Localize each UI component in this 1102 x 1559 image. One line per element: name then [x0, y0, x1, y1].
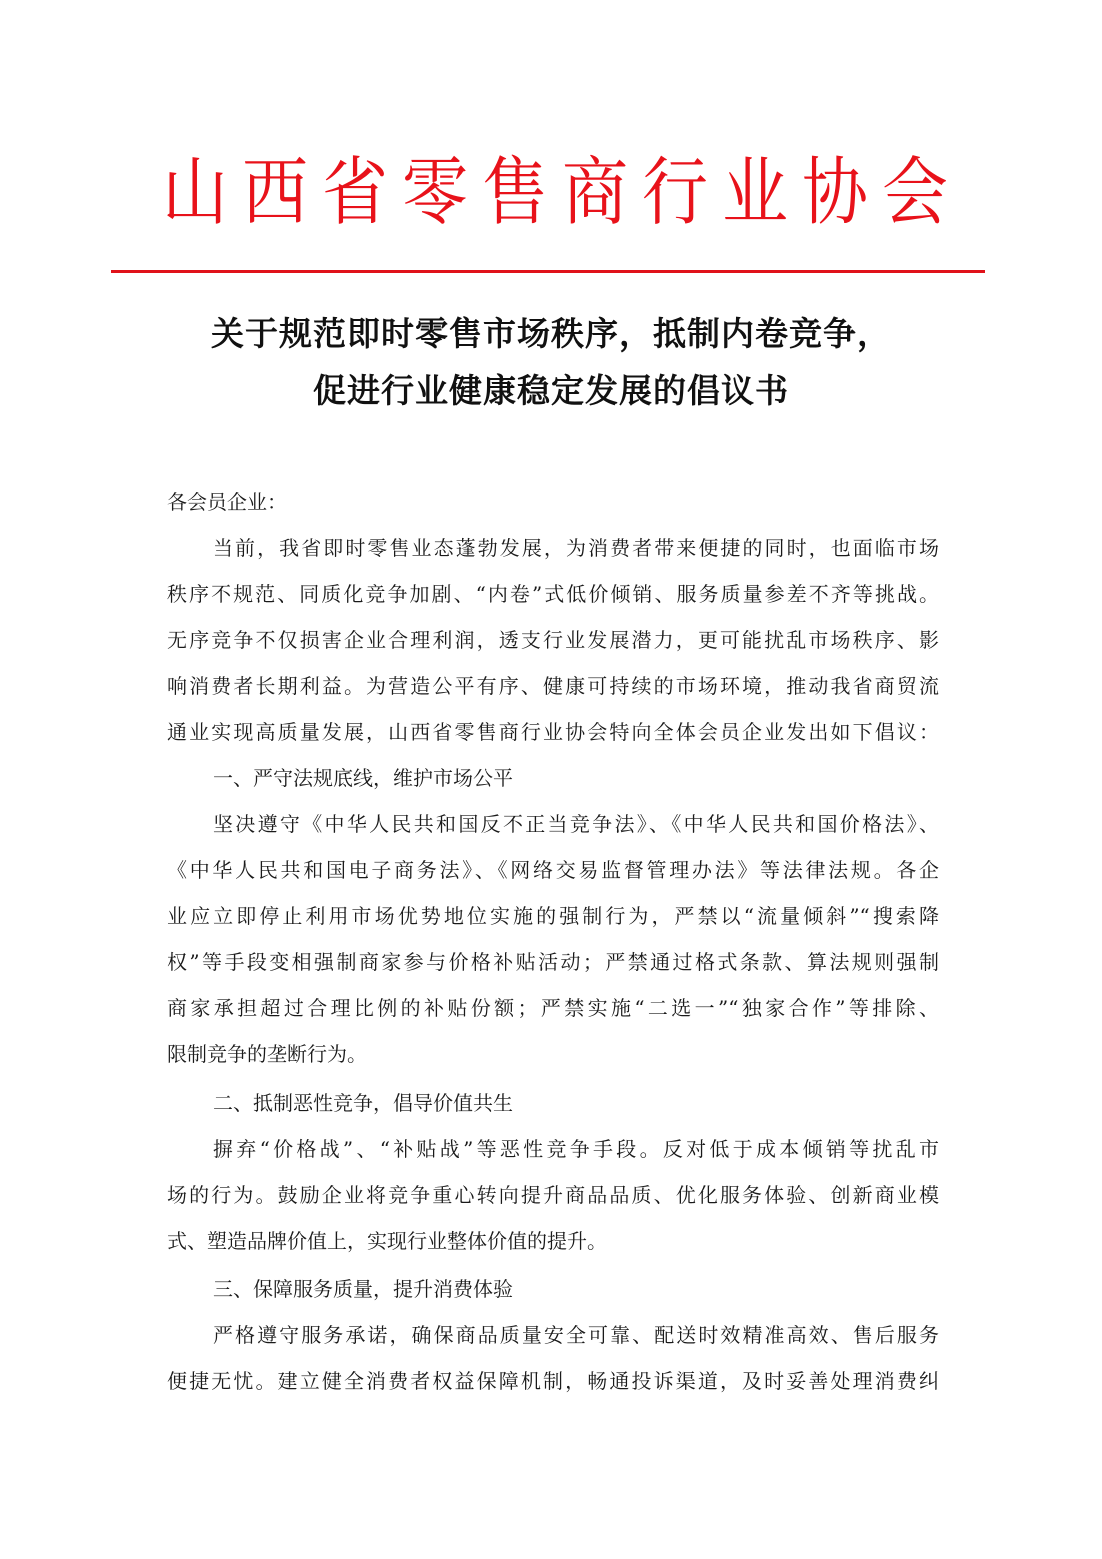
letterhead-char: 商	[560, 139, 630, 245]
intro-line: 通业实现高质量发展，山西省零售商行业协会特向全体会员企业发出如下倡议：	[167, 717, 939, 747]
document-title-line-1: 关于规范即时零售市场秩序，抵制内卷竞争，	[120, 308, 982, 355]
document-title-line-2: 促进行业健康稳定发展的倡议书	[120, 365, 982, 412]
section-heading-1: 一、严守法规底线，维护市场公平	[213, 763, 939, 793]
letterhead-char: 零	[400, 139, 470, 245]
letterhead-char: 省	[320, 139, 390, 245]
section-1-line: 坚决遵守《中华人民共和国反不正当竞争法》、《中华人民共和国价格法》、	[213, 809, 939, 839]
section-2-line: 摒弃“价格战”、“补贴战”等恶性竞争手段。反对低于成本倾销等扰乱市	[213, 1134, 939, 1164]
section-1-line: 业应立即停止利用市场优势地位实施的强制行为，严禁以“流量倾斜”“搜索降	[167, 901, 939, 931]
letterhead-char: 售	[480, 139, 550, 245]
letterhead-char: 会	[880, 139, 950, 245]
letterhead-char: 山	[160, 139, 230, 245]
section-1-line: 权”等手段变相强制商家参与价格补贴活动；严禁通过格式条款、算法规则强制	[167, 947, 939, 977]
intro-line: 秩序不规范、同质化竞争加剧、“内卷”式低价倾销、服务质量参差不齐等挑战。	[167, 579, 939, 609]
letterhead-char: 行	[640, 139, 710, 245]
section-3-line: 便捷无忧。建立健全消费者权益保障机制，畅通投诉渠道，及时妥善处理消费纠	[167, 1366, 939, 1396]
letterhead-char: 协	[800, 139, 870, 245]
section-3-line: 严格遵守服务承诺，确保商品质量安全可靠、配送时效精准高效、售后服务	[213, 1320, 939, 1350]
section-2-line: 式、塑造品牌价值上，实现行业整体价值的提升。	[167, 1226, 939, 1256]
letterhead-char: 业	[720, 139, 790, 245]
section-1-line: 限制竞争的垄断行为。	[167, 1039, 939, 1069]
intro-line: 当前，我省即时零售业态蓬勃发展，为消费者带来便捷的同时，也面临市场	[213, 533, 939, 563]
section-1-line: 商家承担超过合理比例的补贴份额；严禁实施“二选一”“独家合作”等排除、	[167, 993, 939, 1023]
section-heading-2: 二、抵制恶性竞争，倡导价值共生	[213, 1088, 939, 1118]
letterhead-char: 西	[240, 139, 310, 245]
section-2-line: 场的行为。鼓励企业将竞争重心转向提升商品品质、优化服务体验、创新商业模	[167, 1180, 939, 1210]
letterhead-divider	[111, 270, 985, 273]
section-heading-3: 三、保障服务质量，提升消费体验	[213, 1274, 939, 1304]
letterhead-organization: 山 西 省 零 售 商 行 业 协 会	[160, 145, 950, 240]
intro-line: 无序竞争不仅损害企业合理利润，透支行业发展潜力，更可能扰乱市场秩序、影	[167, 625, 939, 655]
section-1-line: 《中华人民共和国电子商务法》、《网络交易监督管理办法》等法律法规。各企	[167, 855, 939, 885]
salutation: 各会员企业：	[167, 487, 939, 517]
intro-line: 响消费者长期利益。为营造公平有序、健康可持续的市场环境，推动我省商贸流	[167, 671, 939, 701]
document-page: 山 西 省 零 售 商 行 业 协 会 关于规范即时零售市场秩序，抵制内卷竞争，…	[0, 0, 1102, 1559]
